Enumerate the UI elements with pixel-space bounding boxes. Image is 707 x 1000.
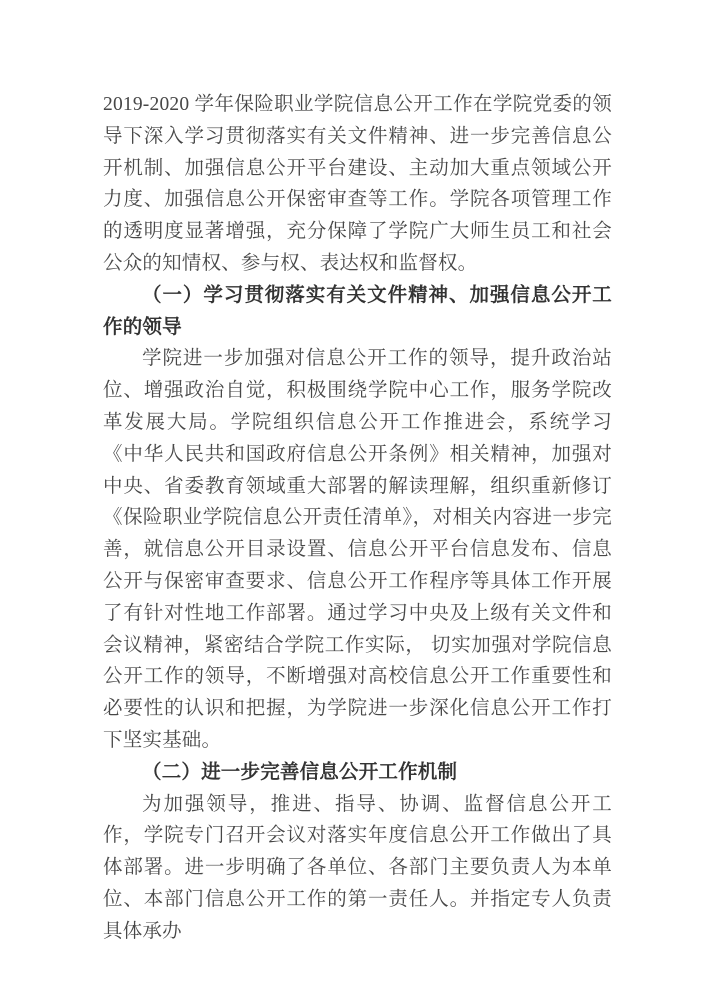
document-page: 2019-2020 学年保险职业学院信息公开工作在学院党委的领导下深入学习贯彻落… (0, 0, 707, 1000)
section-heading-two: （二）进一步完善信息公开工作机制 (103, 757, 612, 789)
paragraph-section-two: 为加强领导，推进、指导、协调、监督信息公开工作，学院专门召开会议对落实年度信息公… (103, 789, 612, 948)
paragraph-section-one: 学院进一步加强对信息公开工作的领导，提升政治站位、增强政治自觉，积极围绕学院中心… (103, 343, 612, 756)
section-heading-one: （一）学习贯彻落实有关文件精神、加强信息公开工作的领导 (103, 280, 612, 344)
paragraph-intro-continuation: 2019-2020 学年保险职业学院信息公开工作在学院党委的领导下深入学习贯彻落… (103, 89, 612, 280)
